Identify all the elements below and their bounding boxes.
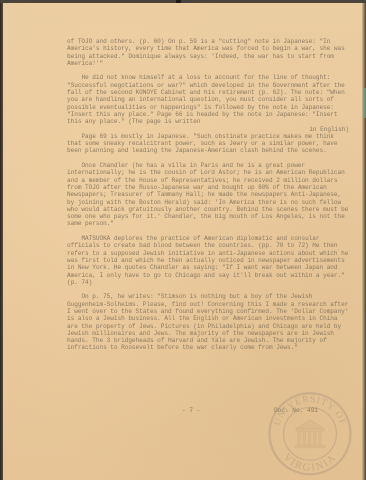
paragraph-4: Once Chandler (he has a villa in Paris a… xyxy=(67,162,349,228)
document-number: Doc. No. 491 xyxy=(274,407,318,414)
page-right-shadow xyxy=(362,3,366,480)
university-of-virginia-stamp-icon: UNIVERSITY OF VIRGINIA xyxy=(266,388,354,476)
typewritten-body: of TOJO and others. (p. 60) On p. 59 is … xyxy=(67,38,349,359)
svg-text:VIRGINIA: VIRGINIA xyxy=(281,452,339,474)
page-number: - 7 - xyxy=(182,407,200,414)
scanned-page-background: of TOJO and others. (p. 60) On p. 59 is … xyxy=(0,0,366,480)
paragraph-5: MATSUOKA deplores the practice of Americ… xyxy=(67,235,349,286)
paragraph-2: He did not know himself at a loss to acc… xyxy=(67,74,349,125)
paragraph-1: of TOJO and others. (p. 60) On p. 59 is … xyxy=(67,38,349,67)
paragraph-2-tail: in English) xyxy=(67,126,349,133)
paragraph-6: On p. 75, he writes: "Stimson is nothing… xyxy=(67,293,349,351)
paragraph-3: Page 69 is mostly in Japanese. "Such obs… xyxy=(67,133,349,155)
